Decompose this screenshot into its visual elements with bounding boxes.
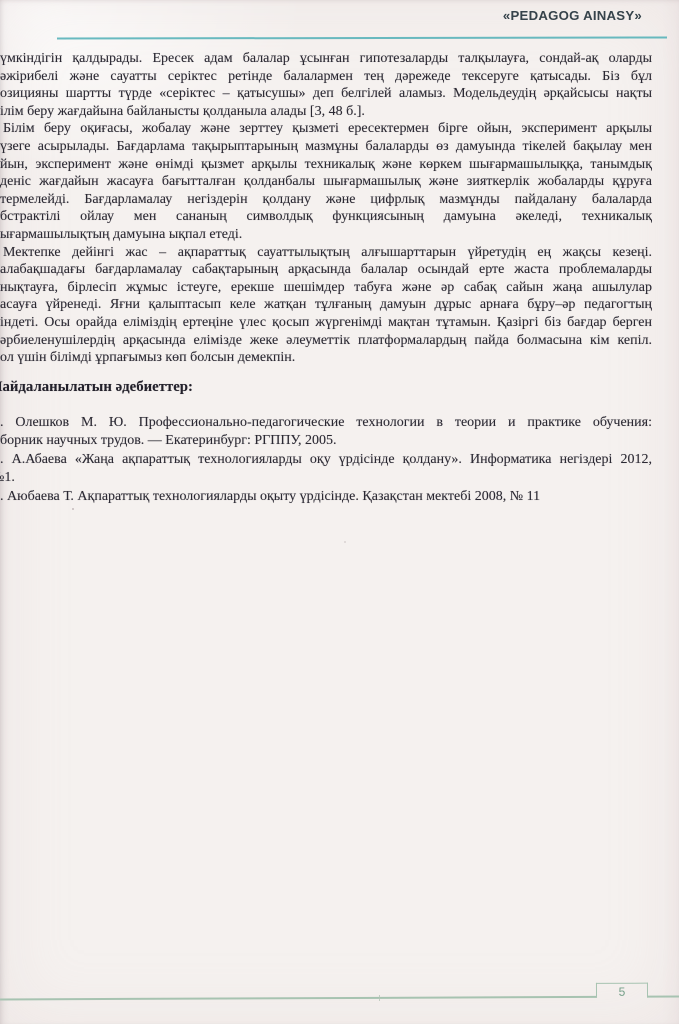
reference-item: . Аюбаева Т. Ақпараттық технологияларды …: [0, 488, 652, 507]
scan-speck: [379, 995, 380, 1001]
reference-line: №1.: [0, 469, 652, 488]
footer: 5: [0, 983, 679, 1004]
reference-line: . Аюбаева Т. Ақпараттық технологияларды …: [0, 488, 652, 507]
text-line: йын, эксперимент және өнімді қызмет арқы…: [0, 156, 652, 174]
text-line: әжірибелі және сауатты серіктес ретінде …: [0, 68, 652, 86]
text-line: нықтауға, бірлесіп жұмыс істеуге, ерекше…: [0, 279, 652, 297]
reference-line: борник научных трудов. — Екатеринбург: Р…: [0, 432, 652, 451]
journal-title: «PEDAGOG AINASY»: [503, 8, 642, 23]
references-heading: Пайдаланылатын әдебиеттер:: [0, 379, 652, 397]
text-line: асауға үйренеді. Яғни қалыптасып келе жа…: [0, 296, 652, 314]
paragraph: үмкіндігін қалдырады. Ересек адам балала…: [0, 50, 652, 120]
text-line: бстрактілі ойлау мен сананың символдық ф…: [0, 208, 652, 226]
article-body: үмкіндігін қалдырады. Ересек адам балала…: [0, 50, 652, 506]
text-line: Мектепке дейінгі жас – ақпараттық сауатт…: [0, 244, 652, 262]
scanned-document-page: «PEDAGOG AINASY» үмкіндігін қалдырады. Е…: [0, 0, 679, 1024]
text-line: термелейді. Бағдарламалау негіздерін қол…: [0, 191, 652, 209]
footer-rule-left: [0, 996, 596, 1000]
text-line: алабақшадағы бағдарламалау сабақтарының …: [0, 261, 652, 279]
text-line: ілім беру жағдайына байланысты қолданыла…: [0, 103, 652, 121]
page-number-tab: 5: [596, 983, 648, 998]
text-line: ығармашылықтың дамуына ықпал етеді.: [0, 226, 652, 244]
references-list: . Олешков М. Ю. Профессионально-педагоги…: [0, 414, 652, 507]
text-line: ол үшін білімді ұрпағымыз көп болсын дем…: [0, 349, 652, 367]
reference-item: . А.Абаева «Жаңа ақпараттық технологияла…: [0, 451, 652, 488]
paragraph: Білім беру оқиғасы, жобалау және зерттеу…: [0, 120, 652, 243]
text-line: үмкіндігін қалдырады. Ересек адам балала…: [0, 50, 652, 68]
text-line: озицияны шартты түрде «серіктес – қатысу…: [0, 85, 652, 103]
text-line: әрбиеленушілердің арқасында елімізде жек…: [0, 332, 652, 350]
text-line: үзеге асырылады. Бағдарлама тақырыптарын…: [0, 138, 652, 156]
text-line: деніс жағдайын жасауға бағытталған қолда…: [0, 173, 652, 191]
paragraph: Мектепке дейінгі жас – ақпараттық сауатт…: [0, 244, 652, 367]
reference-item: . Олешков М. Ю. Профессионально-педагоги…: [0, 414, 652, 451]
scan-speck: [72, 508, 74, 510]
reference-line: . Олешков М. Ю. Профессионально-педагоги…: [0, 414, 652, 433]
text-line: індеті. Осы орайда еліміздің ертеңіне үл…: [0, 314, 652, 332]
reference-line: . А.Абаева «Жаңа ақпараттық технологияла…: [0, 451, 652, 470]
page-number: 5: [619, 983, 626, 998]
scan-speck: [344, 541, 346, 543]
footer-rule-right: [647, 996, 679, 998]
text-line: Білім беру оқиғасы, жобалау және зерттеу…: [0, 120, 652, 138]
header-rule: [57, 36, 667, 39]
